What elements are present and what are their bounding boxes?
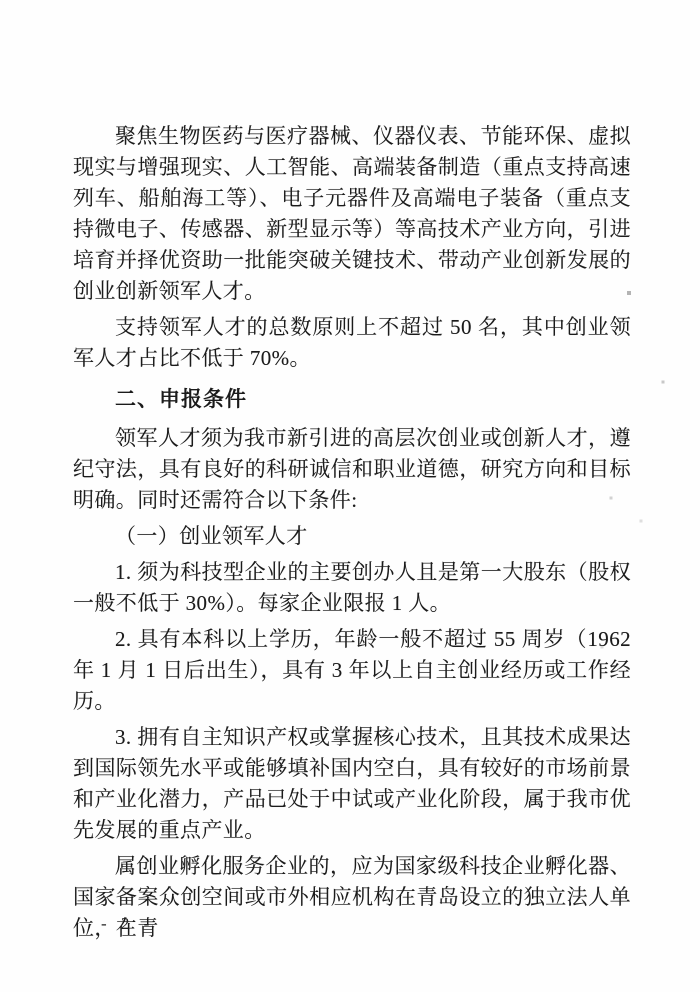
paragraph-industry-focus: 聚焦生物医药与医疗器械、仪器仪表、节能环保、虚拟现实与增强现实、人工智能、高端装… xyxy=(73,121,631,307)
document-body: 聚焦生物医药与医疗器械、仪器仪表、节能环保、虚拟现实与增强现实、人工智能、高端装… xyxy=(73,121,631,949)
scan-noise-specks xyxy=(0,0,2,2)
scanned-document-page: 聚焦生物医药与医疗器械、仪器仪表、节能环保、虚拟现实与增强现实、人工智能、高端装… xyxy=(0,0,700,992)
paragraph-condition-3-intellectual-property: 3. 拥有自主知识产权或掌握核心技术，且其技术成果达到国际领先水平或能够填补国内… xyxy=(73,722,631,846)
paragraph-incubation-service-enterprises: 属创业孵化服务企业的，应为国家级科技企业孵化器、国家备案众创空间或市外相应机构在… xyxy=(73,851,631,944)
paragraph-general-requirements: 领军人才须为我市新引进的高层次创业或创新人才，遵纪守法，具有良好的科研诚信和职业… xyxy=(73,423,631,516)
section-heading-application-conditions: 二、申报条件 xyxy=(73,384,631,415)
subsection-heading-entrepreneurial-leading-talent: （一）创业领军人才 xyxy=(73,521,631,552)
paragraph-condition-1-founder-shareholding: 1. 须为科技型企业的主要创办人且是第一大股东（股权一般不低于 30%）。每家企… xyxy=(73,557,631,619)
paragraph-talent-quota: 支持领军人才的总数原则上不超过 50 名，其中创业领军人才占比不低于 70%。 xyxy=(73,312,631,374)
paragraph-condition-2-education-age: 2. 具有本科以上学历，年龄一般不超过 55 周岁（1962 年 1 月 1 日… xyxy=(73,624,631,717)
page-number: - 2 - xyxy=(101,914,154,934)
